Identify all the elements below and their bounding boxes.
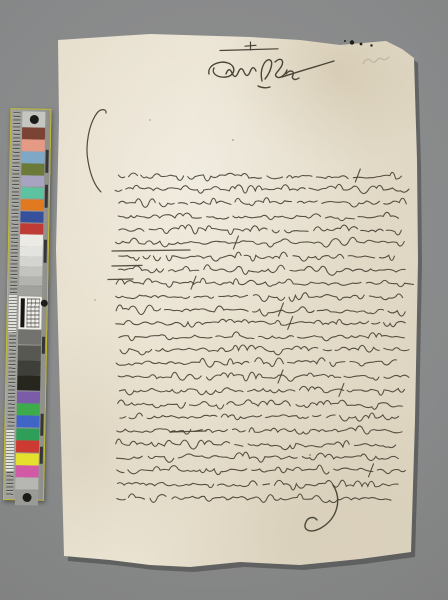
archival-photo: Photograph of a one-page 16th-century ha… [0, 0, 448, 600]
patch-blue [20, 211, 43, 223]
patch-dark-gray-4 [17, 376, 40, 391]
patch-gray-2 [19, 256, 42, 266]
strip-registration-dot [41, 300, 48, 307]
patch-gray-5 [19, 286, 42, 296]
strip-registration-bar [45, 185, 48, 208]
patch-gray-4 [19, 276, 42, 286]
patch-dark-gray-2 [18, 345, 41, 360]
patch-dark-gray-1 [18, 329, 41, 344]
patch-registration-dot-bottom [15, 490, 38, 505]
patch-red [20, 223, 43, 235]
strip-registration-bar [40, 414, 43, 436]
patch-green-2 [16, 428, 39, 440]
patch-green [17, 403, 40, 415]
manuscript-paper [0, 0, 448, 600]
patch-light-blue [21, 151, 44, 163]
patch-purple [17, 391, 40, 403]
patch-yellow [16, 453, 39, 465]
patch-teal [21, 187, 44, 199]
patch-label-block [18, 296, 42, 329]
strip-registration-bar [42, 337, 45, 354]
color-calibration-strip [3, 108, 52, 501]
strip-side-label [6, 429, 15, 471]
strip-registration-bar [44, 240, 47, 263]
patch-gray-1 [20, 247, 43, 257]
patch-magenta [15, 465, 38, 477]
registration-dot-icon [29, 115, 38, 124]
patch-olive [21, 163, 44, 175]
patch-red-2 [16, 441, 39, 453]
patch-gray-3 [19, 266, 42, 276]
patch-dark-gray-3 [17, 360, 40, 375]
strip-side-label [8, 294, 17, 332]
strip-registration-bar [40, 447, 43, 464]
patch-white [20, 235, 43, 247]
label-barcode-bar [20, 298, 25, 327]
registration-dot-icon [22, 493, 31, 502]
strip-registration-bar [45, 150, 48, 173]
label-character-grid [26, 298, 40, 327]
patch-blue-2 [16, 416, 39, 428]
patch-brown [22, 128, 45, 140]
patch-light-gray [15, 478, 38, 490]
patch-salmon [22, 140, 45, 152]
patch-registration-dot-top [22, 111, 45, 127]
patch-orange [21, 199, 44, 211]
patch-lavender [21, 175, 44, 187]
